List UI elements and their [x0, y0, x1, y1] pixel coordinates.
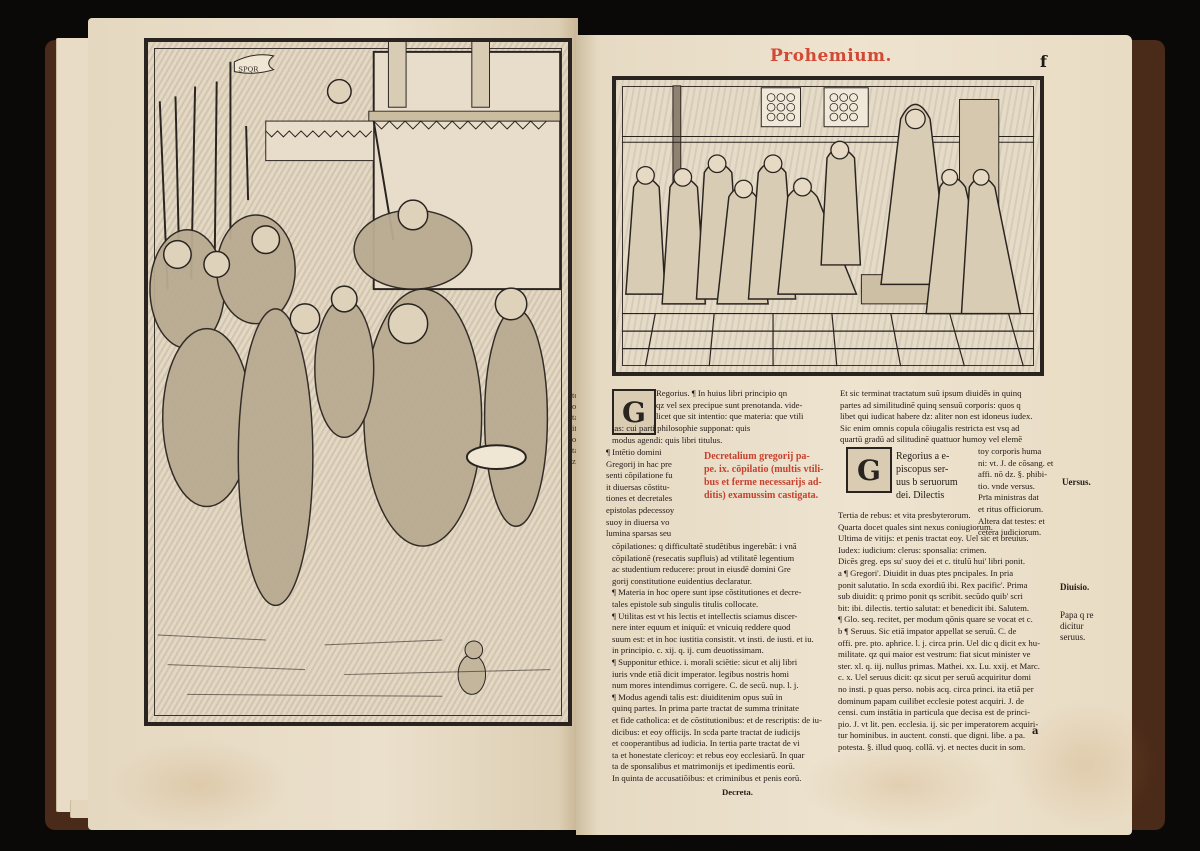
text-line: ni: vt. J. de cōsang. et: [978, 458, 1063, 470]
text-line: cōpilationē (resecatis supfluis) ad vtil…: [612, 553, 834, 565]
text-line: Quarta docet quales sint nexus coniugior…: [838, 522, 1063, 534]
text-block-intentio: ¶ Intētio domini Gregorij in hac pre sen…: [606, 447, 701, 540]
text-line: qz vel sex precipue sunt prenotanda. vid…: [656, 400, 831, 412]
text-line: it diuersas cōstitu-: [606, 482, 701, 494]
folio-number: f: [1040, 52, 1047, 71]
text-line: nere inter equum et iniquū: et vnicuiq r…: [612, 622, 834, 634]
text-line: ¶ Glo. seq. recitet, per modum qōnis qua…: [838, 614, 1063, 626]
text-line: ponit salutatio. In scda exordiū ibi. Re…: [838, 580, 1063, 592]
text-line: toy corporis huma: [978, 446, 1063, 458]
text-line: iuris vnde etiā dicit imperator. legibus…: [612, 669, 834, 681]
text-line: censi. cum instātia in particula que dec…: [838, 707, 1063, 719]
text-line: ¶ Utilitas est vt his lectis et intellec…: [612, 611, 834, 623]
text-line: et cooperantibus ad iudicia. In tertia p…: [612, 738, 834, 750]
text-line: ac studentium reducere: prout in eiusdē …: [612, 564, 834, 576]
text-line: modus agendi: quis libri titulus.: [612, 435, 832, 447]
text-line: Et sic terminat tractatum suū ipsum diui…: [840, 388, 1060, 400]
text-line: libet qui iudicat habere dz: aliter non …: [840, 411, 1060, 423]
text-line: num mores intendimus corrigere. C. de se…: [612, 680, 834, 692]
text-line: dicibus: et eoy officijs. In scda parte …: [612, 727, 834, 739]
text-line: a ¶ Gregori'. Diuidit in duas ptes pncip…: [838, 568, 1063, 580]
text-block-right-top: Et sic terminat tractatum suū ipsum diui…: [840, 388, 1060, 446]
text-line: ta et honestate clericoy: et rebus eoy e…: [612, 750, 834, 762]
rubric-title-decretalium: Decretalium gregorij pa- pe. ix. cōpilat…: [704, 450, 834, 502]
text-line: quartū gradū ad silitudinē quattuor humo…: [840, 434, 1060, 446]
text-line: Tertia de rebus: et vita presbyterorum.: [838, 510, 1063, 522]
text-block-salutation: Regorius a e- piscopus ser- uus b seruor…: [896, 450, 976, 502]
woodcut-scene: SPQR: [148, 42, 568, 722]
text-line: Ultima de vitijs: et penis tractat eoy. …: [838, 533, 1063, 545]
running-head: Prohemium.: [770, 46, 892, 66]
rubric-line: pe. ix. cōpilatio (multis vtili-: [704, 463, 834, 476]
rubric-line: ditis) examussim castigata.: [704, 489, 834, 502]
text-line: tio. vnde versus.: [978, 481, 1063, 493]
banner-text: SPQR: [238, 66, 259, 74]
text-line: ¶ Modus agendi talis est: diuiditenim op…: [612, 692, 834, 704]
text-line: epistolas pdecessoy: [606, 505, 701, 517]
text-line: Prīa ministras dat: [978, 492, 1063, 504]
text-line: lumina sparsas seu: [606, 528, 701, 540]
margin-note-papa-seruus: Papa q re dicitur seruus.: [1060, 610, 1110, 643]
woodcut-illustration-pope-gregory: [612, 76, 1044, 376]
text-line: In quinta de accusatiōibus: et criminibu…: [612, 773, 834, 785]
text-line: offi. pre. pto. aphrice. l. j. circa pri…: [838, 638, 1063, 650]
text-line: et fide catholica: et de cōstitutionibus…: [612, 715, 834, 727]
rubric-line: Decretalium gregorij pa-: [704, 450, 834, 463]
text-line: Dicēs greg. eps su' suoy dei et c. titul…: [838, 556, 1063, 568]
text-line: tur hominibus. in auctent. consti. que d…: [838, 730, 1063, 742]
catchword: Decreta.: [722, 787, 753, 799]
water-stain: [110, 740, 290, 830]
text-line: b ¶ Seruus. Sic etiā impator appellat se…: [838, 626, 1063, 638]
text-line: tiones et decretales: [606, 493, 701, 505]
text-line: sub diuidit: q primo ponit qs scribit. s…: [838, 591, 1063, 603]
woodcut-illustration-ecce-homo: SPQR: [144, 38, 572, 726]
text-line: cōpilationes: q difficultatē studētibus …: [612, 541, 834, 553]
text-line: Regorius a e-: [896, 450, 976, 463]
text-line: suum est: et in hoc iustitia consistit. …: [612, 634, 834, 646]
text-line: ta de sponsalibus et matrimonijs et iped…: [612, 761, 834, 773]
text-line: no insti. p quas perso. nobis acq. circa…: [838, 684, 1063, 696]
text-block-intro-cont: tas: cui parti philosophie supponat: qui…: [612, 423, 832, 446]
text-line: ¶ Intētio domini: [606, 447, 701, 459]
text-line: tales epistole sub singulis titulis coll…: [612, 599, 834, 611]
text-line: in principio. c. xij. q. ij. cum deuotis…: [612, 645, 834, 657]
text-line: bit: ibi. dilectis. tertio salutat: et b…: [838, 603, 1063, 615]
text-line: militate. qz qui maior est vestrum: fiat…: [838, 649, 1063, 661]
text-line: Iudex: iudicium: clerus: sponsalia: crim…: [838, 545, 1063, 557]
text-line: quinq partes. In prima parte tractat de …: [612, 703, 834, 715]
text-block-intro: Regorius. ¶ In huius libri principio qn …: [656, 388, 831, 423]
text-line: uus b seruorum: [896, 476, 976, 489]
text-line: Sic enim omnis copula cōiugalis restrict…: [840, 423, 1060, 435]
text-line: piscopus ser-: [896, 463, 976, 476]
text-block-main-left: cōpilationes: q difficultatē studētibus …: [612, 541, 834, 784]
text-line: ¶ Materia in hoc opere sunt ipse cōstitu…: [612, 587, 834, 599]
text-line: c. x. Uel seruus dicit: qz sicut per ser…: [838, 672, 1063, 684]
text-line: pio. J. vt lit. pen. ecclesia. ij. sic p…: [838, 719, 1063, 731]
margin-note-versus: Uersus.: [1062, 477, 1091, 488]
text-line: Regorius. ¶ In huius libri principio qn: [656, 388, 831, 400]
text-line: ¶ Supponitur ethice. i. morali sciētie: …: [612, 657, 834, 669]
text-line: licet que sit intentio: que materia: que…: [656, 411, 831, 423]
text-line: tas: cui parti philosophie supponat: qui…: [612, 423, 832, 435]
text-line: senti cōpilatione fu: [606, 470, 701, 482]
signature-mark: a: [1032, 726, 1038, 737]
text-line: ster. xl. q. iij. nullus primas. Mathei.…: [838, 661, 1063, 673]
text-line: dominum papam cuilibet ecclesie potest a…: [838, 696, 1063, 708]
text-line: potesta. §. illud quoq. collā. vj. et ne…: [838, 742, 1063, 754]
text-line: Gregorij in hac pre: [606, 459, 701, 471]
rubric-line: bus et ferme necessarijs ad-: [704, 476, 834, 489]
text-block-right-main: Tertia de rebus: et vita presbyterorum. …: [838, 510, 1063, 753]
text-line: suoy in diuersa vo: [606, 517, 701, 529]
text-line: gorij constitutione euidentius declaratu…: [612, 576, 834, 588]
woodcut-scene: [616, 80, 1040, 372]
text-line: partes ad similitudinē quinq sensuū corp…: [840, 400, 1060, 412]
text-line: affi. nō dz. §. phibi-: [978, 469, 1063, 481]
text-line: dei. Dilectis: [896, 489, 976, 502]
margin-note-diuisio: Diuisio.: [1060, 582, 1089, 593]
decorated-initial-g-second: G: [846, 447, 892, 493]
